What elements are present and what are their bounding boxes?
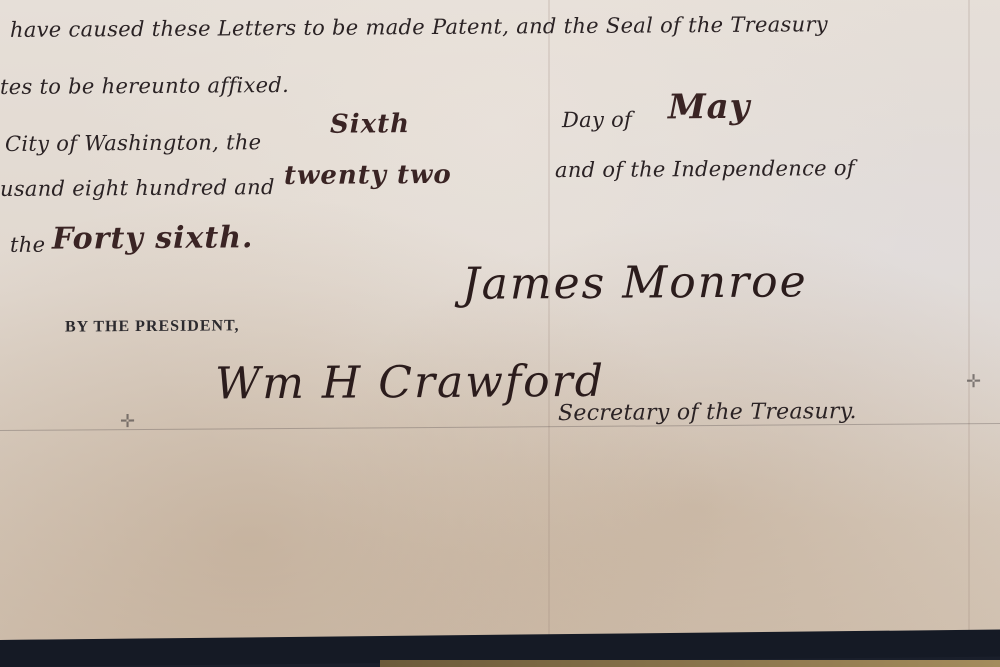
signature-secretary: Wm H Crawford <box>215 356 605 410</box>
fold-crease-vertical <box>548 0 550 636</box>
frame-mat-edge <box>380 660 1000 667</box>
attestation-label: BY THE PRESIDENT, <box>65 317 240 336</box>
fold-crease-horizontal <box>0 423 1000 431</box>
crease-cross-mark-right: ✛ <box>966 371 981 392</box>
handwritten-month: May <box>668 87 750 128</box>
document-paper: ✛ ✛ have caused these Letters to be made… <box>0 0 1000 640</box>
secretary-title: Secretary of the Treasury. <box>558 399 857 426</box>
handwritten-independence-year: Forty sixth. <box>52 220 254 256</box>
fold-crease-vertical-right <box>968 0 970 633</box>
document-text-line-4-a: usand eight hundred and <box>0 175 275 201</box>
handwritten-year: twenty two <box>284 160 452 191</box>
document-text-line-3-a: City of Washington, the <box>5 130 261 156</box>
document-text-line-4-b: and of the Independence of <box>555 156 855 182</box>
document-text-line-2: tes to be hereunto affixed. <box>0 73 289 99</box>
document-text-line-5-a: the <box>10 233 45 257</box>
crease-cross-mark: ✛ <box>120 411 135 432</box>
signature-president: James Monroe <box>462 256 808 309</box>
document-text-line-1: have caused these Letters to be made Pat… <box>10 12 828 42</box>
handwritten-day: Sixth <box>330 109 410 140</box>
document-text-line-3-b: Day of <box>562 108 632 132</box>
